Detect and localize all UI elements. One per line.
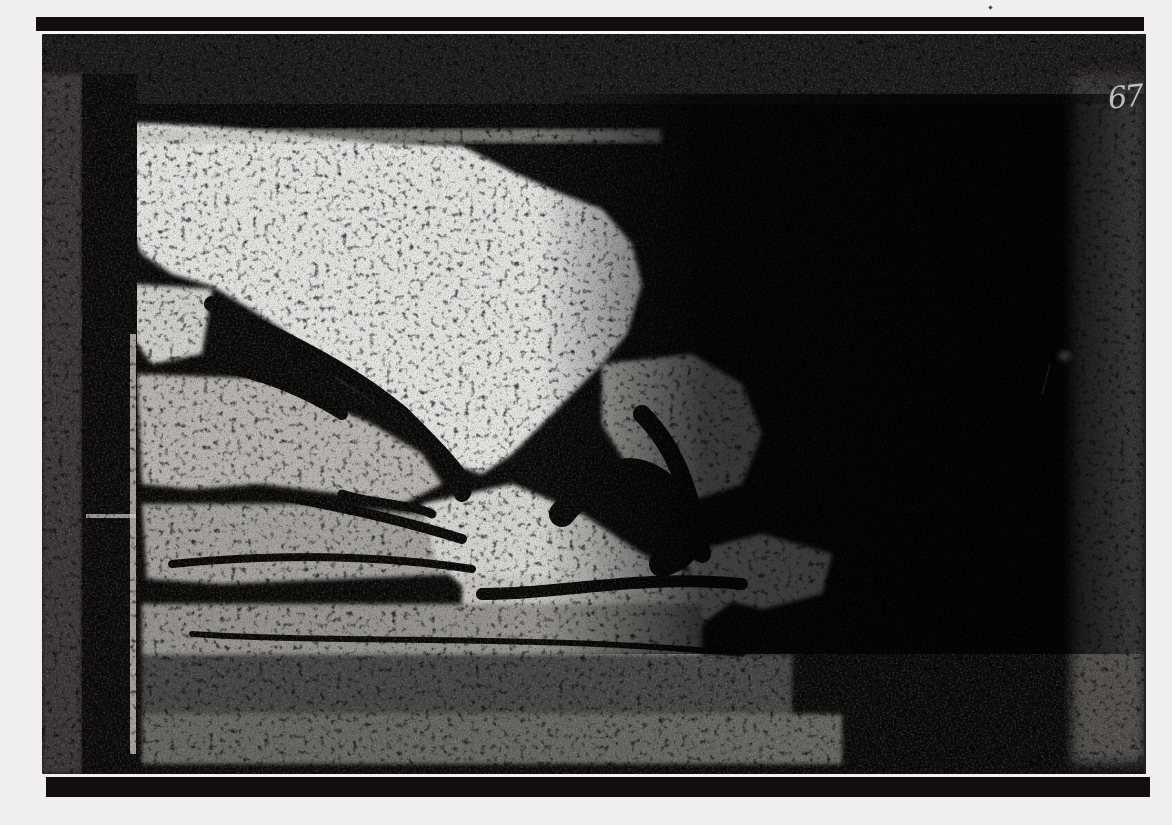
bottom-border-bar	[46, 777, 1150, 797]
photo-texture	[42, 34, 1145, 774]
right-border-line	[1144, 34, 1146, 774]
top-border-bar	[36, 17, 1144, 31]
handwritten-number: 67	[1106, 78, 1144, 116]
scanned-print: 67 Scanned black-and-white photographic …	[0, 0, 1172, 825]
photograph: 67	[42, 34, 1145, 774]
image-description: Scanned black-and-white photographic pri…	[0, 0, 1, 1]
dust-speck	[988, 5, 992, 9]
